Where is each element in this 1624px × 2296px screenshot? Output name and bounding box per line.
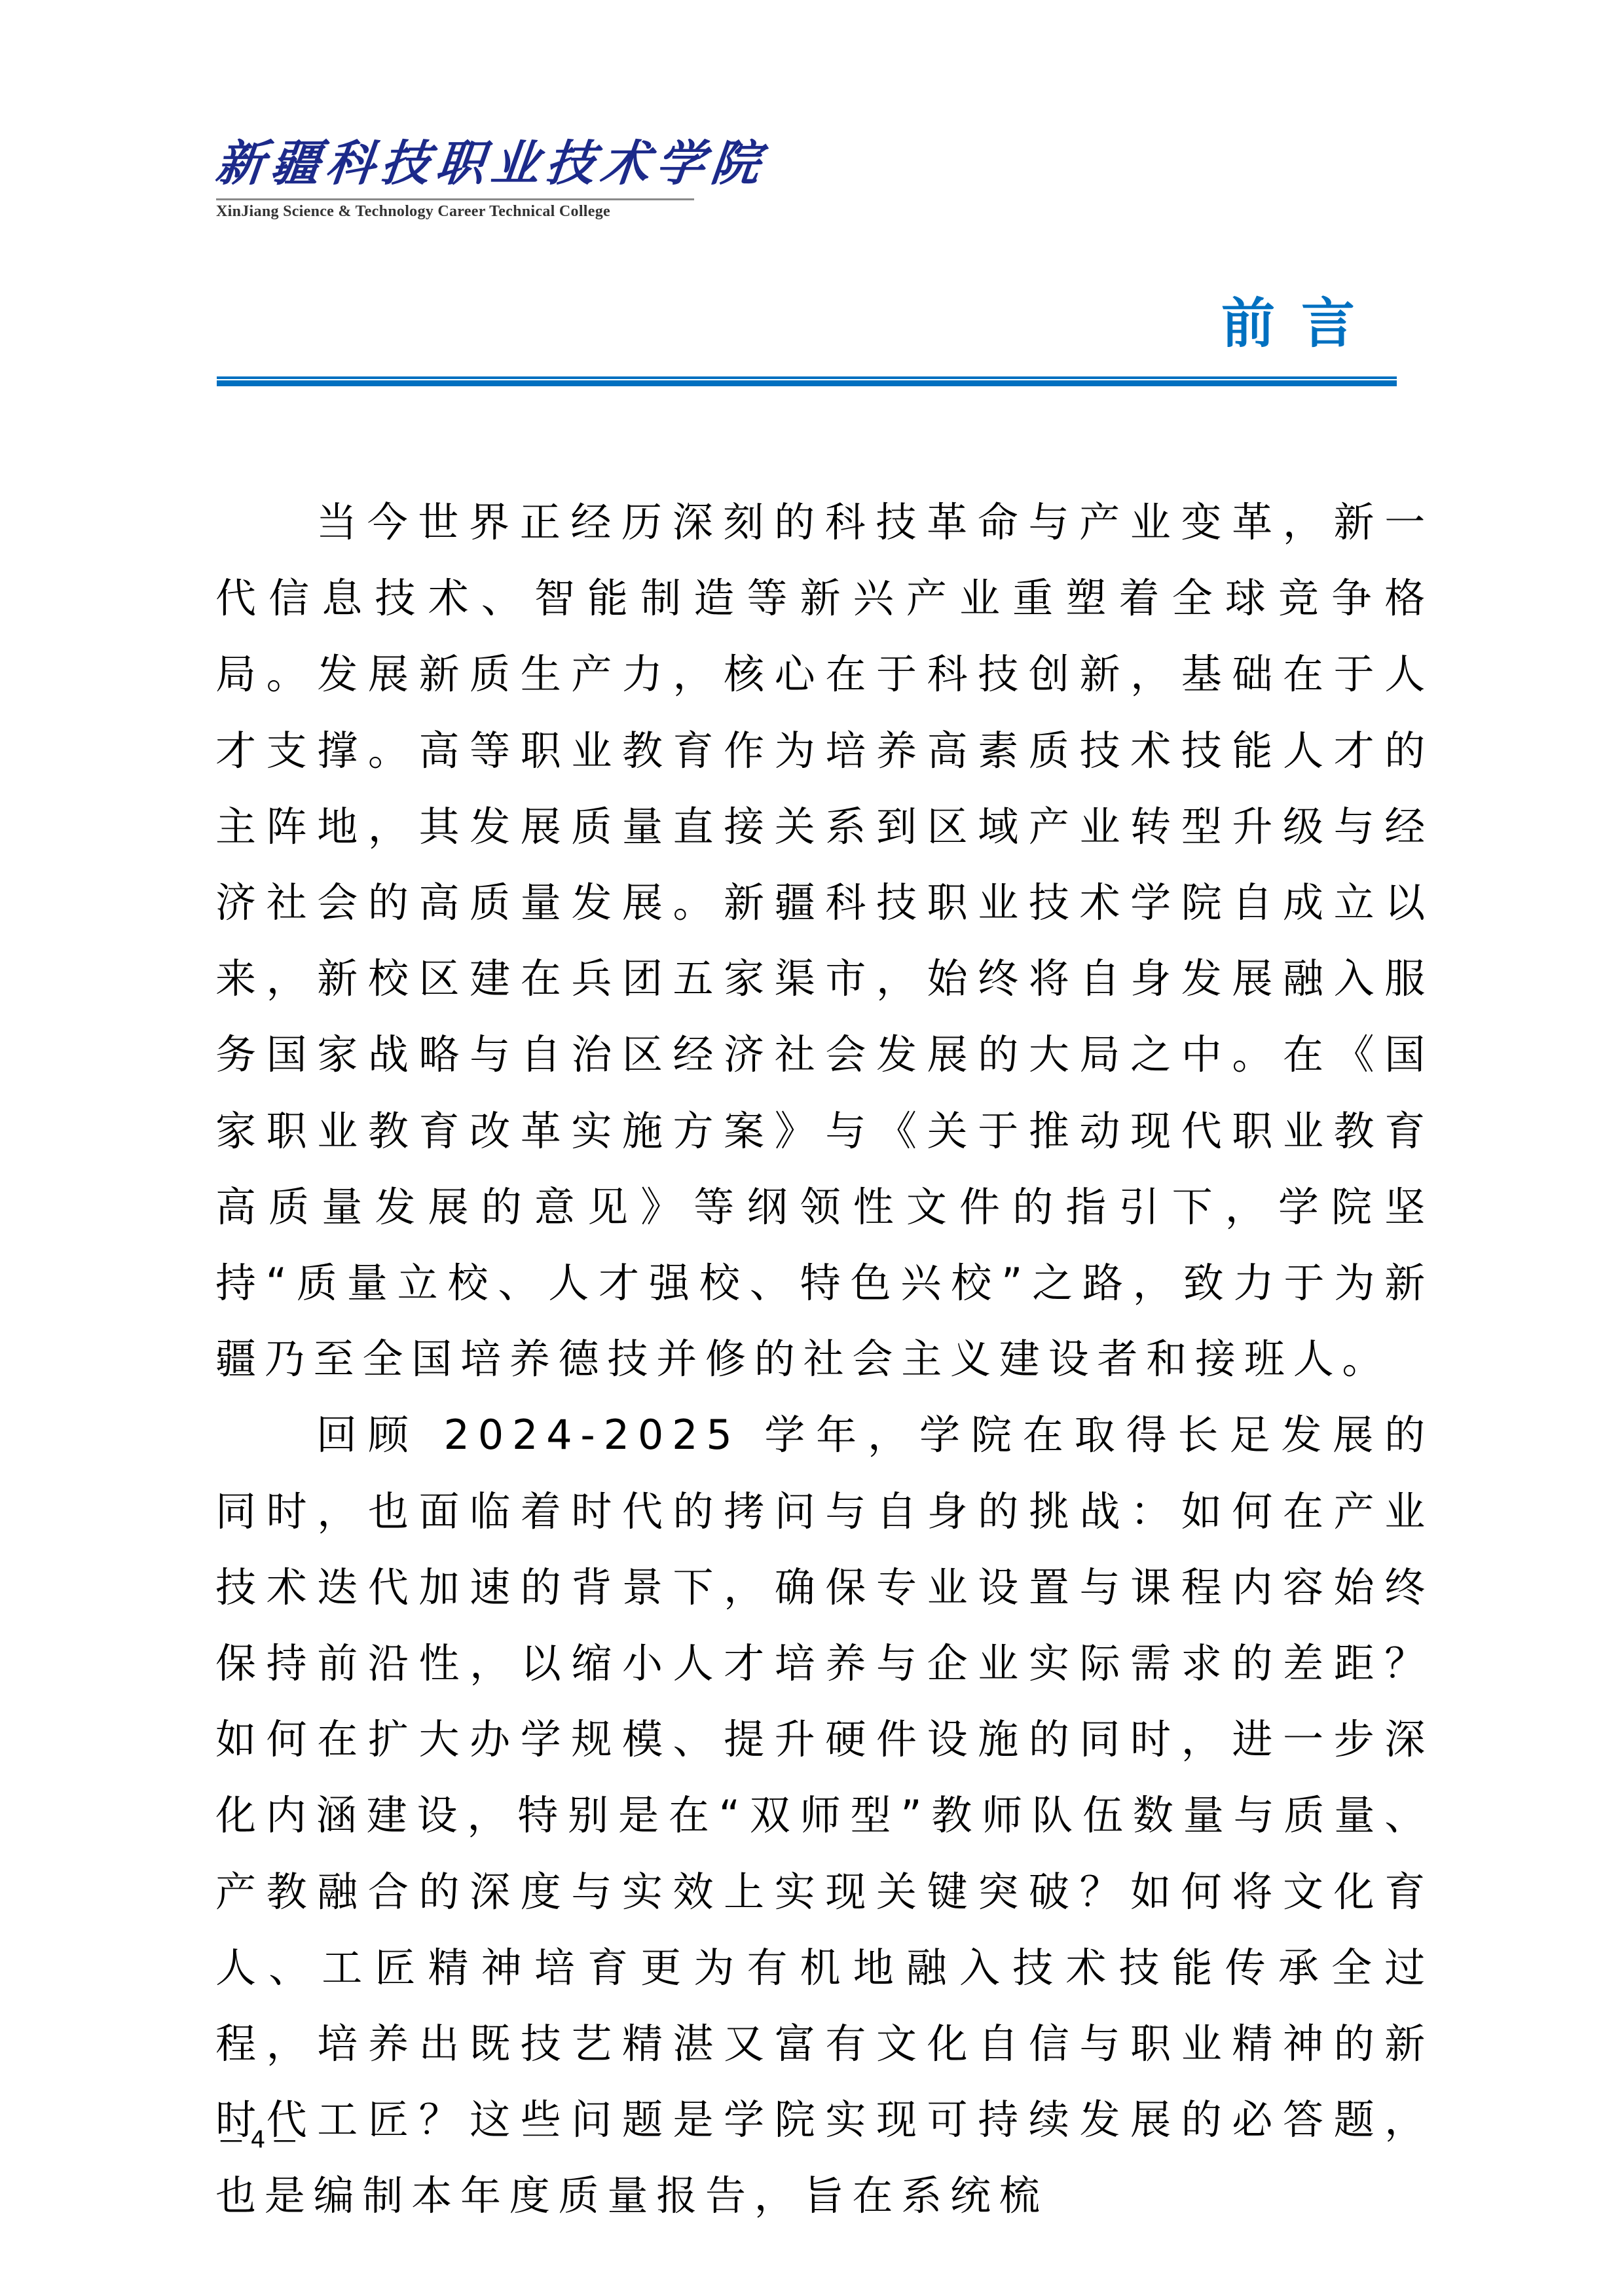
page-number: — 4 — — [219, 2126, 297, 2153]
logo-english-name: XinJiang Science & Technology Career Tec… — [216, 203, 701, 221]
title-rule-thin — [217, 376, 1397, 379]
paragraph-2: 回顾 2024-2025 学年，学院在取得长足发展的同时，也面临着时代的拷问与自… — [215, 1397, 1433, 2234]
page-title: 前言 — [1221, 291, 1381, 357]
paragraph-1: 当今世界正经历深刻的科技革命与产业变革，新一代信息技术、智能制造等新兴产业重塑着… — [215, 484, 1433, 1397]
body-text: 当今世界正经历深刻的科技革命与产业变革，新一代信息技术、智能制造等新兴产业重塑着… — [215, 484, 1433, 2234]
title-rule-thick — [217, 380, 1397, 386]
logo-divider — [216, 198, 694, 200]
logo-chinese-name: 新疆科技职业技术学院 — [213, 134, 703, 193]
college-logo: 新疆科技职业技术学院 XinJiang Science & Technology… — [216, 134, 701, 221]
